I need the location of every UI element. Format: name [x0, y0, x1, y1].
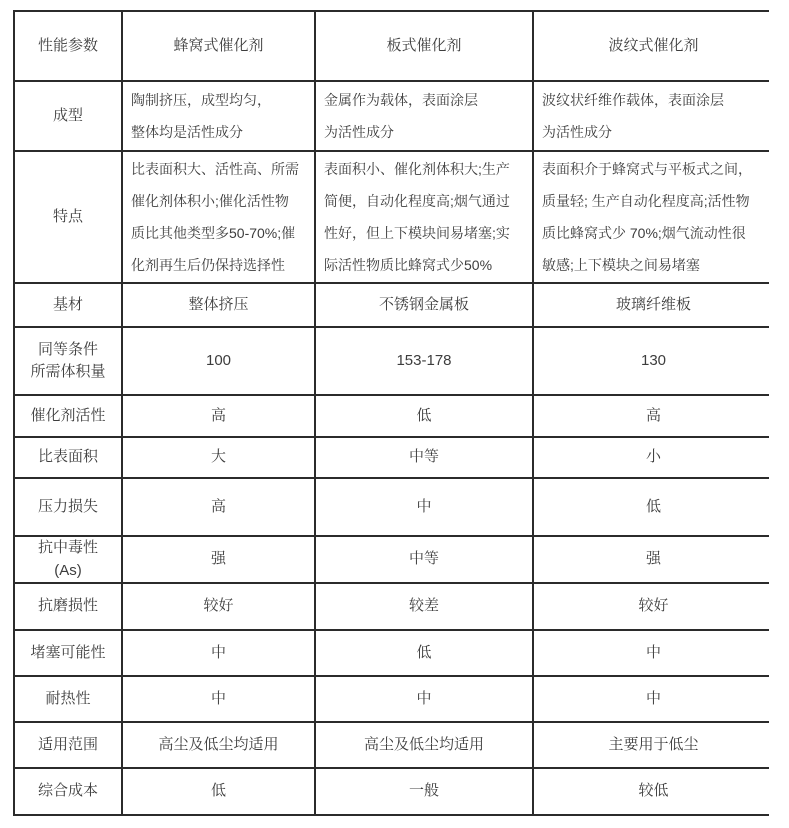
table-cell: 中等 [316, 537, 532, 582]
row-label-forming: 成型 [15, 82, 121, 150]
table-cell: 高 [123, 479, 314, 535]
table-cell: 130 [534, 328, 773, 394]
table-cell: 较好 [534, 584, 773, 629]
header-cell-plate: 板式催化剂 [316, 12, 532, 80]
table-cell: 较低 [534, 769, 773, 814]
table-cell: 中 [316, 677, 532, 721]
table-cell: 高 [123, 396, 314, 436]
header-cell-honeycomb: 蜂窝式催化剂 [123, 12, 314, 80]
table-cell: 中等 [316, 438, 532, 477]
table-cell: 中 [534, 677, 773, 721]
row-label-wear-resistance: 抗磨损性 [15, 584, 121, 629]
table-cell: 整体挤压 [123, 284, 314, 326]
row-label-volume-required: 同等条件 所需体积量 [15, 328, 121, 394]
row-label-overall-cost: 综合成本 [15, 769, 121, 814]
table-cell: 较好 [123, 584, 314, 629]
row-label-poison-resistance: 抗中毒性 (As) [15, 537, 121, 582]
table-cell: 表面积介于蜂窝式与平板式之间， 质量轻; 生产自动化程度高;活性物 质比蜂窝式少… [534, 152, 773, 282]
table-cell: 中 [534, 631, 773, 675]
table-cell: 金属作为载体，表面涂层 为活性成分 [316, 82, 532, 150]
row-label-clogging: 堵塞可能性 [15, 631, 121, 675]
table-cell: 高尘及低尘均适用 [123, 723, 314, 767]
table-cell: 较差 [316, 584, 532, 629]
table-cell: 低 [316, 631, 532, 675]
row-label-surface-area: 比表面积 [15, 438, 121, 477]
table-cell: 强 [534, 537, 773, 582]
table-cell: 中 [316, 479, 532, 535]
table-cell: 比表面积大、活性高、所需 催化剂体积小;催化活性物 质比其他类型多50-70%;… [123, 152, 314, 282]
row-label-features: 特点 [15, 152, 121, 282]
row-label-pressure-loss: 压力损失 [15, 479, 121, 535]
table-cell: 玻璃纤维板 [534, 284, 773, 326]
table-cell: 中 [123, 677, 314, 721]
table-cell: 低 [316, 396, 532, 436]
table-cell: 强 [123, 537, 314, 582]
header-cell-parameter: 性能参数 [15, 12, 121, 80]
row-label-substrate: 基材 [15, 284, 121, 326]
catalyst-comparison-table: 性能参数 蜂窝式催化剂 板式催化剂 波纹式催化剂 成型 陶制挤压，成型均匀， 整… [13, 10, 769, 816]
table-cell: 波纹状纤维作载体，表面涂层 为活性成分 [534, 82, 773, 150]
table-cell: 表面积小、催化剂体积大;生产 简便，自动化程度高;烟气通过 性好，但上下模块间易… [316, 152, 532, 282]
table-cell: 153-178 [316, 328, 532, 394]
table-cell: 低 [534, 479, 773, 535]
table-cell: 低 [123, 769, 314, 814]
table-cell: 高尘及低尘均适用 [316, 723, 532, 767]
row-label-activity: 催化剂活性 [15, 396, 121, 436]
table-cell: 大 [123, 438, 314, 477]
table-cell: 小 [534, 438, 773, 477]
table-cell: 中 [123, 631, 314, 675]
table-grid: 性能参数 蜂窝式催化剂 板式催化剂 波纹式催化剂 成型 陶制挤压，成型均匀， 整… [13, 10, 769, 816]
row-label-heat-resistance: 耐热性 [15, 677, 121, 721]
table-cell: 一般 [316, 769, 532, 814]
table-cell: 不锈钢金属板 [316, 284, 532, 326]
header-cell-corrugated: 波纹式催化剂 [534, 12, 773, 80]
row-label-applicable-range: 适用范围 [15, 723, 121, 767]
table-cell: 陶制挤压，成型均匀， 整体均是活性成分 [123, 82, 314, 150]
table-cell: 高 [534, 396, 773, 436]
table-cell: 100 [123, 328, 314, 394]
table-cell: 主要用于低尘 [534, 723, 773, 767]
